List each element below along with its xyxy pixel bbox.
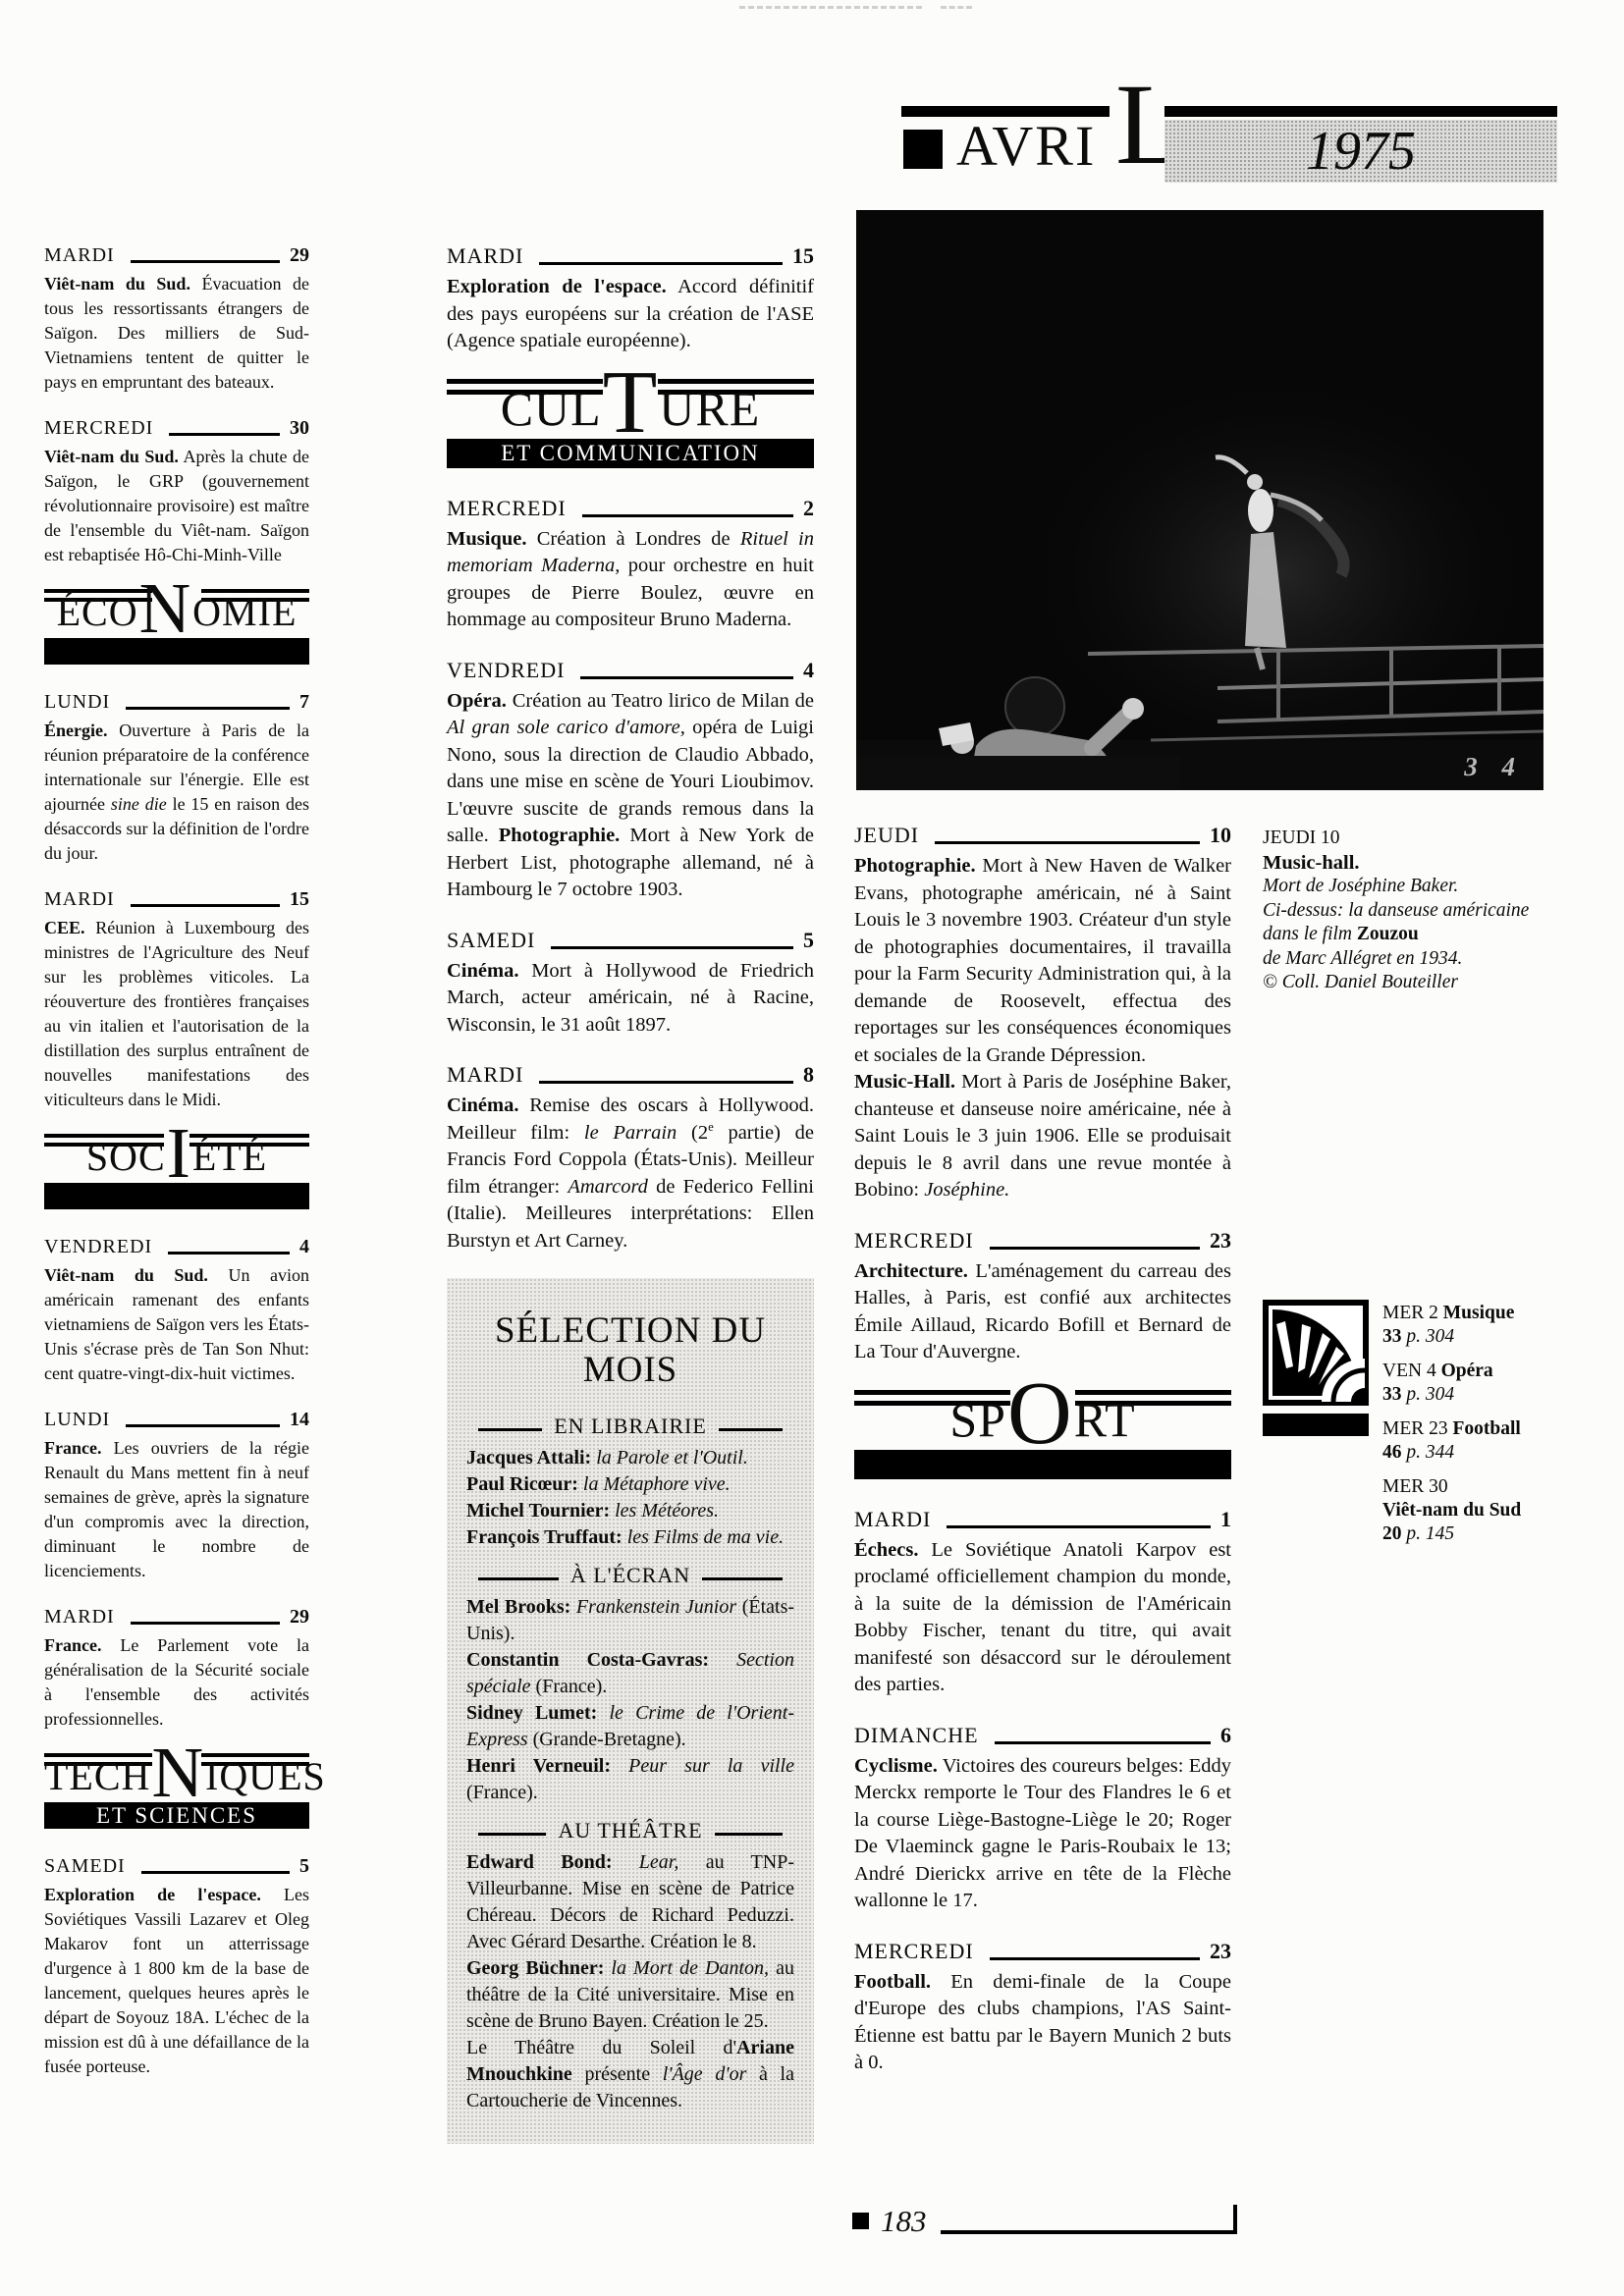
section-title-post: URE: [659, 381, 760, 436]
day-rule: [580, 676, 793, 679]
day-line: MERCREDI 30: [44, 416, 309, 440]
day-rule: [582, 514, 793, 517]
ref-day: MER 2: [1382, 1303, 1443, 1323]
section-title-pre: TECH: [44, 1754, 150, 1798]
day-rule: [141, 1871, 290, 1874]
photo-stage-scene: [856, 210, 1543, 790]
ref-topic: Viêt-nam du Sud: [1382, 1499, 1624, 1522]
section-title: TECHNIQUES: [44, 1756, 309, 1797]
day-line: JEUDI 10: [854, 823, 1231, 848]
ref-topic: Opéra: [1441, 1361, 1493, 1381]
entry-paragraph: Exploration de l'espace. Accord définiti…: [447, 274, 814, 355]
event-entry: MARDI 15 CEE. Réunion à Luxembourg des m…: [44, 887, 309, 1112]
day-number: 5: [803, 928, 814, 953]
event-entry: MERCREDI 23 Architecture. L'aménagement …: [854, 1228, 1231, 1366]
reference-item: MER 30Viêt-nam du Sud 20 p. 145: [1382, 1475, 1624, 1546]
day-number: 4: [803, 658, 814, 683]
photo-josephine-baker: 3 4: [856, 210, 1543, 790]
caption-line: dans le film Zouzou: [1263, 923, 1624, 947]
caption-credit: © Coll. Daniel Bouteiller: [1263, 971, 1624, 995]
selection-item: Henri Verneuil: Peur sur la ville (Franc…: [466, 1753, 794, 1806]
ref-day: MER 23: [1382, 1418, 1453, 1439]
day-rule: [131, 1622, 280, 1625]
selection-item: Edward Bond: Lear, au TNP-Villeurbanne. …: [466, 1849, 794, 1955]
day-name: MARDI: [447, 243, 523, 269]
day-name: MERCREDI: [854, 1228, 974, 1254]
group-head-label: EN LIBRAIRIE: [554, 1414, 707, 1439]
entry-paragraph: Cinéma. Remise des oscars à Hollywood. M…: [447, 1093, 814, 1255]
entry-paragraph: Cinéma. Mort à Hollywood de Friedrich Ma…: [447, 958, 814, 1040]
masthead-month: AVRI: [956, 118, 1096, 175]
day-rule: [168, 1252, 290, 1255]
caption-date: JEUDI 10: [1263, 827, 1624, 851]
page-number: 183: [881, 2206, 927, 2236]
entry-body: Énergie. Ouverture à Paris de la réunion…: [44, 719, 309, 866]
day-number: 5: [299, 1854, 309, 1878]
day-line: MARDI 1: [854, 1507, 1231, 1532]
entry-body: Football. En demi-finale de la Coupe d'E…: [854, 1969, 1231, 2077]
ref-page: p. 145: [1406, 1523, 1454, 1544]
selection-group-head-ecran: À L'ÉCRAN: [466, 1563, 794, 1588]
entry-paragraph: Viêt-nam du Sud. Un avion américain rame…: [44, 1263, 309, 1386]
reference-item: VEN 4 Opéra 33 p. 304: [1382, 1360, 1624, 1407]
day-name: MARDI: [447, 1062, 523, 1088]
ref-page: p. 304: [1406, 1326, 1454, 1347]
day-rule: [126, 707, 290, 710]
cross-references-block: MER 2 Musique 33 p. 304 VEN 4 Opéra 33 p…: [1263, 1300, 1624, 1557]
day-line: MARDI 8: [447, 1062, 814, 1088]
day-name: MERCREDI: [447, 496, 567, 521]
event-entry: MARDI 15 Exploration de l'espace. Accord…: [447, 243, 814, 355]
day-number: 8: [803, 1062, 814, 1088]
selection-item: Le Théâtre du Soleil d'Ariane Mnouchkine…: [466, 2035, 794, 2114]
day-rule: [990, 1247, 1200, 1250]
event-entry: DIMANCHE 6 Cyclisme. Victoires des coure…: [854, 1723, 1231, 1915]
day-line: VENDREDI 4: [44, 1235, 309, 1258]
day-line: SAMEDI 5: [447, 928, 814, 953]
entry-body: Viêt-nam du Sud. Évacuation de tous les …: [44, 272, 309, 395]
entry-paragraph: Cyclisme. Victoires des coureurs belges:…: [854, 1753, 1231, 1915]
day-rule: [995, 1741, 1211, 1744]
magazine-page: AVRI L 1975: [0, 0, 1624, 2296]
entry-paragraph: Football. En demi-finale de la Coupe d'E…: [854, 1969, 1231, 2077]
day-name: MARDI: [854, 1507, 931, 1532]
ref-day: VEN 4: [1382, 1361, 1441, 1381]
day-rule: [935, 841, 1200, 844]
section-title-big-letter: O: [1007, 1363, 1073, 1463]
entry-paragraph: Musique. Création à Londres de Rituel in…: [447, 526, 814, 634]
day-number: 1: [1220, 1507, 1231, 1532]
day-rule: [990, 1957, 1200, 1960]
reference-list: MER 2 Musique 33 p. 304 VEN 4 Opéra 33 p…: [1382, 1300, 1624, 1546]
page-footer: 183: [852, 2205, 1237, 2236]
entry-body: Viêt-nam du Sud. Un avion américain rame…: [44, 1263, 309, 1386]
selection-item: Paul Ricœur: la Métaphore vive.: [466, 1471, 794, 1498]
group-head-label: AU THÉÂTRE: [558, 1818, 702, 1843]
day-line: MARDI 29: [44, 1605, 309, 1629]
masthead-year-block: 1975: [1164, 106, 1557, 183]
event-entry: MARDI 8 Cinéma. Remise des oscars à Holl…: [447, 1062, 814, 1255]
section-title-post: ÉTÉ: [192, 1135, 267, 1179]
entry-paragraph: Viêt-nam du Sud. Après la chute de Saïgo…: [44, 445, 309, 567]
event-entry: VENDREDI 4 Viêt-nam du Sud. Un avion amé…: [44, 1235, 309, 1386]
entry-body: Photographie. Mort à New Haven de Walker…: [854, 853, 1231, 1204]
section-title-big-letter: N: [151, 1733, 204, 1812]
day-name: VENDREDI: [44, 1235, 152, 1258]
ref-number: 33: [1382, 1326, 1406, 1347]
day-number: 15: [290, 887, 309, 911]
section-title-pre: SOC: [86, 1135, 166, 1179]
selection-item: Constantin Costa-Gavras: Section spécial…: [466, 1647, 794, 1700]
event-entry: SAMEDI 5 Exploration de l'espace. Les So…: [44, 1854, 309, 2079]
day-line: MERCREDI 23: [854, 1939, 1231, 1964]
event-entry: MARDI 1 Échecs. Le Soviétique Anatoli Ka…: [854, 1507, 1231, 1699]
entry-paragraph: Photographie. Mort à New Haven de Walker…: [854, 853, 1231, 1069]
day-rule: [539, 1081, 793, 1084]
selection-title: SÉLECTION DU MOIS: [466, 1311, 794, 1390]
entry-paragraph: Architecture. L'aménagement du carreau d…: [854, 1258, 1231, 1366]
day-line: MERCREDI 23: [854, 1228, 1231, 1254]
section-title: CULTURE: [447, 383, 814, 434]
caption-category: Music-hall.: [1263, 851, 1624, 876]
day-name: MARDI: [44, 1605, 115, 1629]
reference-item: MER 23 Football 46 p. 344: [1382, 1417, 1624, 1465]
selection-item: Michel Tournier: les Météores.: [466, 1498, 794, 1524]
section-title-pre: SP: [949, 1392, 1006, 1447]
event-entry: LUNDI 14 France. Les ouvriers de la régi…: [44, 1408, 309, 1583]
section-title-big-letter: I: [167, 1113, 191, 1193]
column-middle: MARDI 15 Exploration de l'espace. Accord…: [447, 243, 814, 2144]
section-header-sport: SPORT: [854, 1390, 1231, 1479]
ref-day: MER 30: [1382, 1475, 1624, 1499]
caption-line: Ci-dessus: la danseuse américaine: [1263, 899, 1624, 924]
entry-body: Cinéma. Remise des oscars à Hollywood. M…: [447, 1093, 814, 1255]
day-rule: [169, 433, 280, 436]
day-name: SAMEDI: [44, 1854, 126, 1878]
column-left: MARDI 29 Viêt-nam du Sud. Évacuation de …: [44, 243, 309, 2101]
event-entry: MERCREDI 30 Viêt-nam du Sud. Après la ch…: [44, 416, 309, 567]
day-number: 4: [299, 1235, 309, 1258]
day-line: LUNDI 7: [44, 690, 309, 714]
ref-topic: Musique: [1443, 1303, 1515, 1323]
day-rule: [131, 904, 280, 907]
section-header-societe: SOCIÉTÉ: [44, 1134, 309, 1209]
day-name: DIMANCHE: [854, 1723, 979, 1748]
section-title-post: RT: [1074, 1392, 1136, 1447]
event-entry: VENDREDI 4 Opéra. Création au Teatro lir…: [447, 658, 814, 904]
section-title-post: IQUES: [205, 1754, 326, 1798]
day-name: LUNDI: [44, 690, 110, 714]
day-line: MERCREDI 2: [447, 496, 814, 521]
day-rule: [131, 260, 280, 263]
day-line: MARDI 15: [447, 243, 814, 269]
day-line: SAMEDI 5: [44, 1854, 309, 1878]
section-title-big-letter: N: [139, 568, 192, 648]
day-line: MARDI 15: [44, 887, 309, 911]
day-name: MARDI: [44, 243, 115, 267]
photo-frame-digits: 3 4: [1464, 752, 1524, 782]
entry-body: CEE. Réunion à Luxembourg des ministres …: [44, 916, 309, 1112]
day-number: 10: [1210, 823, 1231, 848]
selection-group-head-theatre: AU THÉÂTRE: [466, 1818, 794, 1843]
ref-number: 20: [1382, 1523, 1406, 1544]
icon-black-bar: [1263, 1414, 1369, 1436]
entry-body: Exploration de l'espace. Les Soviétiques…: [44, 1883, 309, 2079]
selection-item: François Truffaut: les Films de ma vie.: [466, 1524, 794, 1551]
day-rule: [539, 262, 783, 265]
day-rule: [551, 946, 793, 949]
section-title: ÉCONOMIE: [44, 592, 309, 633]
day-name: JEUDI: [854, 823, 919, 848]
scan-artifact-line: [941, 6, 972, 9]
event-entry: LUNDI 7 Énergie. Ouverture à Paris de la…: [44, 690, 309, 866]
day-name: MERCREDI: [854, 1939, 974, 1964]
selection-du-mois-box: SÉLECTION DU MOIS EN LIBRAIRIE Jacques A…: [447, 1278, 814, 2144]
selection-item: Mel Brooks: Frankenstein Junior (États-U…: [466, 1594, 794, 1647]
day-name: VENDREDI: [447, 658, 565, 683]
selection-item: Georg Büchner: la Mort de Danton, au thé…: [466, 1955, 794, 2035]
entry-paragraph: Music-Hall. Mort à Paris de Joséphine Ba…: [854, 1069, 1231, 1204]
footer-bracket-rule: [941, 2205, 1238, 2234]
entry-body: Musique. Création à Londres de Rituel in…: [447, 526, 814, 634]
day-name: LUNDI: [44, 1408, 110, 1431]
entry-paragraph: Énergie. Ouverture à Paris de la réunion…: [44, 719, 309, 866]
column-right: JEUDI 10 Photographie. Mort à New Haven …: [854, 823, 1231, 2101]
reference-item: MER 2 Musique 33 p. 304: [1382, 1302, 1624, 1349]
section-header-economie: ÉCONOMIE: [44, 589, 309, 665]
masthead-rule: [1164, 106, 1557, 117]
day-rule: [126, 1424, 280, 1427]
entry-body: Échecs. Le Soviétique Anatoli Karpov est…: [854, 1537, 1231, 1699]
event-entry: MERCREDI 2 Musique. Création à Londres d…: [447, 496, 814, 634]
entry-paragraph: Exploration de l'espace. Les Soviétiques…: [44, 1883, 309, 2079]
day-name: MARDI: [44, 887, 115, 911]
day-number: 30: [290, 416, 309, 440]
entry-body: Opéra. Création au Teatro lirico de Mila…: [447, 688, 814, 904]
scan-artifact-line: [739, 6, 922, 9]
entry-paragraph: CEE. Réunion à Luxembourg des ministres …: [44, 916, 309, 1112]
day-number: 29: [290, 243, 309, 267]
masthead-square-bullet: [903, 130, 943, 169]
fan-icon: [1263, 1300, 1369, 1406]
day-line: VENDREDI 4: [447, 658, 814, 683]
entry-paragraph: France. Les ouvriers de la régie Renault…: [44, 1436, 309, 1583]
day-number: 23: [1210, 1939, 1231, 1964]
entry-paragraph: Échecs. Le Soviétique Anatoli Karpov est…: [854, 1537, 1231, 1699]
day-number: 7: [299, 690, 309, 714]
entry-body: Cinéma. Mort à Hollywood de Friedrich Ma…: [447, 958, 814, 1040]
entry-body: Exploration de l'espace. Accord définiti…: [447, 274, 814, 355]
entry-body: Architecture. L'aménagement du carreau d…: [854, 1258, 1231, 1366]
ref-number: 46: [1382, 1442, 1406, 1463]
section-header-techniques: TECHNIQUES ET SCIENCES: [44, 1753, 309, 1829]
day-name: MERCREDI: [44, 416, 153, 440]
event-entry: MERCREDI 23 Football. En demi-finale de …: [854, 1939, 1231, 2077]
day-line: DIMANCHE 6: [854, 1723, 1231, 1748]
ref-page: p. 344: [1406, 1442, 1454, 1463]
group-head-label: À L'ÉCRAN: [570, 1563, 690, 1588]
ref-page: p. 304: [1406, 1384, 1454, 1405]
day-number: 6: [1220, 1723, 1231, 1748]
selection-item: Jacques Attali: la Parole et l'Outil.: [466, 1445, 794, 1471]
day-rule: [947, 1525, 1211, 1528]
entry-paragraph: Opéra. Création au Teatro lirico de Mila…: [447, 688, 814, 904]
photo-caption: JEUDI 10 Music-hall. Mort de Joséphine B…: [1263, 827, 1624, 995]
entry-body: Cyclisme. Victoires des coureurs belges:…: [854, 1753, 1231, 1915]
ref-topic: Football: [1453, 1418, 1521, 1439]
entry-body: Viêt-nam du Sud. Après la chute de Saïgo…: [44, 445, 309, 567]
selection-item: Sidney Lumet: le Crime de l'Orient-Expre…: [466, 1700, 794, 1753]
event-entry: SAMEDI 5 Cinéma. Mort à Hollywood de Fri…: [447, 928, 814, 1040]
section-title-pre: ÉCO: [57, 590, 138, 634]
day-number: 29: [290, 1605, 309, 1629]
event-entry: JEUDI 10 Photographie. Mort à New Haven …: [854, 823, 1231, 1204]
day-number: 23: [1210, 1228, 1231, 1254]
day-line: LUNDI 14: [44, 1408, 309, 1431]
caption-line: de Marc Allégret en 1934.: [1263, 947, 1624, 972]
section-header-culture: CULTURE ET COMMUNICATION: [447, 379, 814, 468]
caption-line: Mort de Joséphine Baker.: [1263, 875, 1624, 899]
event-entry: MARDI 29 France. Le Parlement vote la gé…: [44, 1605, 309, 1732]
section-title-big-letter: T: [603, 352, 659, 452]
day-name: SAMEDI: [447, 928, 535, 953]
masthead: AVRI L 1975: [901, 82, 1557, 190]
masthead-year: 1975: [1164, 120, 1557, 183]
section-title-pre: CUL: [501, 381, 602, 436]
section-title-post: OMIE: [192, 590, 297, 634]
day-line: MARDI 29: [44, 243, 309, 267]
entry-paragraph: Viêt-nam du Sud. Évacuation de tous les …: [44, 272, 309, 395]
entry-body: France. Les ouvriers de la régie Renault…: [44, 1436, 309, 1583]
day-number: 2: [803, 496, 814, 521]
day-number: 14: [290, 1408, 309, 1431]
event-entry: MARDI 29 Viêt-nam du Sud. Évacuation de …: [44, 243, 309, 395]
footer-square-bullet: [852, 2213, 869, 2229]
entry-body: France. Le Parlement vote la généralisat…: [44, 1633, 309, 1732]
day-number: 15: [792, 243, 814, 269]
entry-paragraph: France. Le Parlement vote la généralisat…: [44, 1633, 309, 1732]
ref-number: 33: [1382, 1384, 1406, 1405]
selection-group-head-librairie: EN LIBRAIRIE: [466, 1414, 794, 1439]
